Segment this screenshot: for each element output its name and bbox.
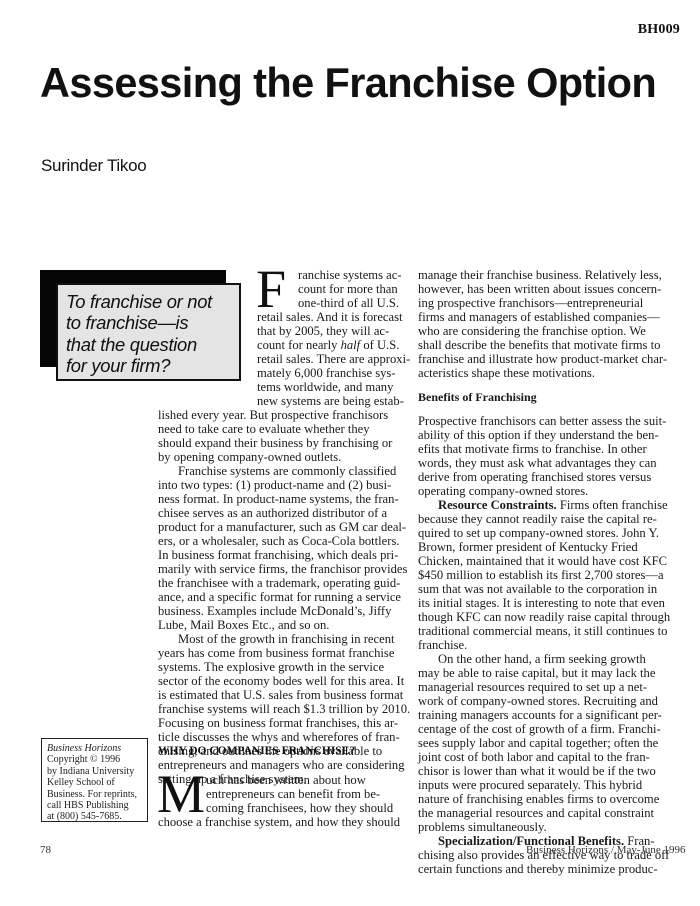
text-line: ance, and a specific format for running … [158, 590, 401, 604]
drop-cap-f: F [256, 262, 286, 316]
copyright-line: Copyright © 1996 [47, 754, 147, 765]
text-line: centage of the cost of growth of a firm.… [418, 722, 661, 736]
document-code: BH009 [638, 22, 680, 38]
text-line: traditional commercial means, it still c… [418, 624, 667, 638]
copyright-line: by Indiana University [47, 766, 147, 777]
text-line: sector of the economy bodes well for thi… [158, 674, 404, 688]
text-line: who are considering the franchise option… [418, 324, 646, 338]
text-line: firms and managers of established compan… [418, 310, 660, 324]
text-line: In business format franchising, which de… [158, 548, 398, 562]
subheading-benefits: Benefits of Franchising [418, 390, 537, 404]
text-line: new systems are being estab- [257, 394, 404, 408]
section-heading: WHY DO COMPANIES FRANCHISE? [158, 745, 355, 757]
text-line: problems simultaneously. [418, 820, 547, 834]
text-line: may be able to raise capital, but it may… [418, 666, 655, 680]
text-line: is estimated that U.S. sales from busine… [158, 688, 403, 702]
text-line: inputs were procured separately. This hy… [418, 778, 642, 792]
text-line: ranchise systems ac- [298, 268, 402, 282]
copyright-line: at (800) 545-7685. [47, 811, 147, 822]
text-line: franchise systems will reach $1.3 trilli… [158, 702, 410, 716]
text-line: because they cannot readily raise the ca… [418, 512, 657, 526]
copyright-line: Business. For reprints, [47, 789, 147, 800]
copyright-line: Kelley School of [47, 777, 147, 788]
text-line: sum that was not available to the corpor… [418, 582, 657, 596]
text-line: shall describe the benefits that motivat… [418, 338, 660, 352]
text-line: systems. The explosive growth in the ser… [158, 660, 384, 674]
text-line: chisor is lower than what it would be if… [418, 764, 656, 778]
text-line: nature of franchising enables firms to o… [418, 792, 659, 806]
text-line: however, has been written about issues c… [418, 282, 661, 296]
text-span: count for nearly [257, 338, 341, 352]
text-line: by opening company-owned outlets. [158, 450, 341, 464]
text-line: years has come from business format fran… [158, 646, 394, 660]
text-line: Focusing on business format franchises, … [158, 716, 398, 730]
text-line: mately 6,000 franchise sys- [257, 366, 396, 380]
text-line: though KFC can now readily raise capital… [418, 610, 670, 624]
text-line: Franchise systems are commonly classifie… [178, 464, 396, 478]
text-line: lished every year. But prospective franc… [158, 408, 388, 422]
text-line: Lube, Mail Boxes Etc., and so on. [158, 618, 329, 632]
article-title: Assessing the Franchise Option [40, 62, 656, 104]
text-line: Prospective franchisors can better asses… [418, 414, 666, 428]
drop-cap-m: M [157, 767, 205, 821]
pull-quote-line: that the question [66, 334, 212, 355]
text-line: count for nearly half of U.S. [257, 338, 399, 352]
text-line: coming franchisees, how they should [206, 801, 393, 815]
text-line: ness format. In product-name systems, th… [158, 492, 399, 506]
text-span: of U.S. [360, 338, 399, 352]
copyright-box: Business Horizons Copyright © 1996 by In… [41, 738, 148, 822]
text-line: On the other hand, a firm seeking growth [438, 652, 646, 666]
text-line: managerial resources required to set up … [418, 680, 647, 694]
pull-quote-box: To franchise or not to franchise—is that… [56, 283, 241, 381]
text-line: certain functions and thereby minimize p… [418, 862, 658, 876]
pull-quote-line: for your firm? [66, 355, 212, 376]
text-line: business. Examples include McDonald’s, J… [158, 604, 391, 618]
text-line: ability of this option if they understan… [418, 428, 659, 442]
pull-quote-text: To franchise or not to franchise—is that… [66, 291, 212, 376]
footer-journal-issue: Business Horizons / May-June 1996 [526, 844, 686, 856]
text-line: uch has been written about how [206, 773, 366, 787]
run-in-heading-resource: Resource Constraints. [438, 498, 557, 512]
copyright-journal: Business Horizons [47, 743, 147, 754]
text-line: Resource Constraints. Firms often franch… [438, 498, 668, 512]
text-line: derive from operating franchised stores … [418, 470, 651, 484]
text-line: $450 million to establish its first 2,70… [418, 568, 664, 582]
text-line: training managers accounts for a signifi… [418, 708, 662, 722]
text-line: product for a manufacturer, such as GM c… [158, 520, 406, 534]
text-line: joint cost of both labor and capital to … [418, 750, 650, 764]
text-line: Chicken, maintained that it would have c… [418, 554, 667, 568]
pull-quote-line: To franchise or not [66, 291, 212, 312]
text-line: sees supply labor and capital together; … [418, 736, 658, 750]
text-span: Firms often franchise [557, 498, 668, 512]
text-line: operating company-owned stores. [418, 484, 588, 498]
author-name: Surinder Tikoo [41, 156, 146, 176]
text-line: ers, or a wholesaler, such as Coca-Cola … [158, 534, 400, 548]
text-line: Most of the growth in franchising in rec… [178, 632, 395, 646]
text-line: ing prospective franchisors—entrepreneur… [418, 296, 643, 310]
text-line: work of company-owned stores. Recruiting… [418, 694, 658, 708]
text-line: manage their franchise business. Relativ… [418, 268, 662, 282]
text-line: ticle discusses the whys and wherefores … [158, 730, 400, 744]
text-line: retail sales. There are approxi- [257, 352, 410, 366]
text-line: into two types: (1) product-name and (2)… [158, 478, 391, 492]
text-line: efits that motivate firms to franchise. … [418, 442, 647, 456]
text-line: choose a franchise system, and how they … [158, 815, 400, 829]
text-line: the managerial resources and capital con… [418, 806, 654, 820]
text-line: acteristics shape these motivations. [418, 366, 595, 380]
text-line: Brown, former president of Kentucky Frie… [418, 540, 638, 554]
text-line: count for more than [298, 282, 398, 296]
text-line: need to take care to evaluate whether th… [158, 422, 370, 436]
text-line: its initial stages. It is interesting to… [418, 596, 665, 610]
text-line: should expand their business by franchis… [158, 436, 392, 450]
text-line: chisee serves as an authorized distribut… [158, 506, 387, 520]
text-line: tems worldwide, and many [257, 380, 393, 394]
text-line: one-third of all U.S. [298, 296, 399, 310]
copyright-line: call HBS Publishing [47, 800, 147, 811]
text-line: the franchisee with a trademark, operati… [158, 576, 400, 590]
text-line: quired to set up company-owned stores. J… [418, 526, 659, 540]
text-line: franchise and illustrate how product-mar… [418, 352, 667, 366]
text-line: entrepreneurs can benefit from be- [206, 787, 380, 801]
page-number: 78 [40, 844, 51, 856]
text-line: that by 2005, they will ac- [257, 324, 389, 338]
text-line: franchise. [418, 638, 467, 652]
italic-emphasis: half [341, 338, 361, 352]
text-line: marily with service firms, the franchiso… [158, 562, 407, 576]
text-line: retail sales. And it is forecast [257, 310, 403, 324]
text-line: words, they must ask what advantages the… [418, 456, 657, 470]
pull-quote-line: to franchise—is [66, 312, 212, 333]
